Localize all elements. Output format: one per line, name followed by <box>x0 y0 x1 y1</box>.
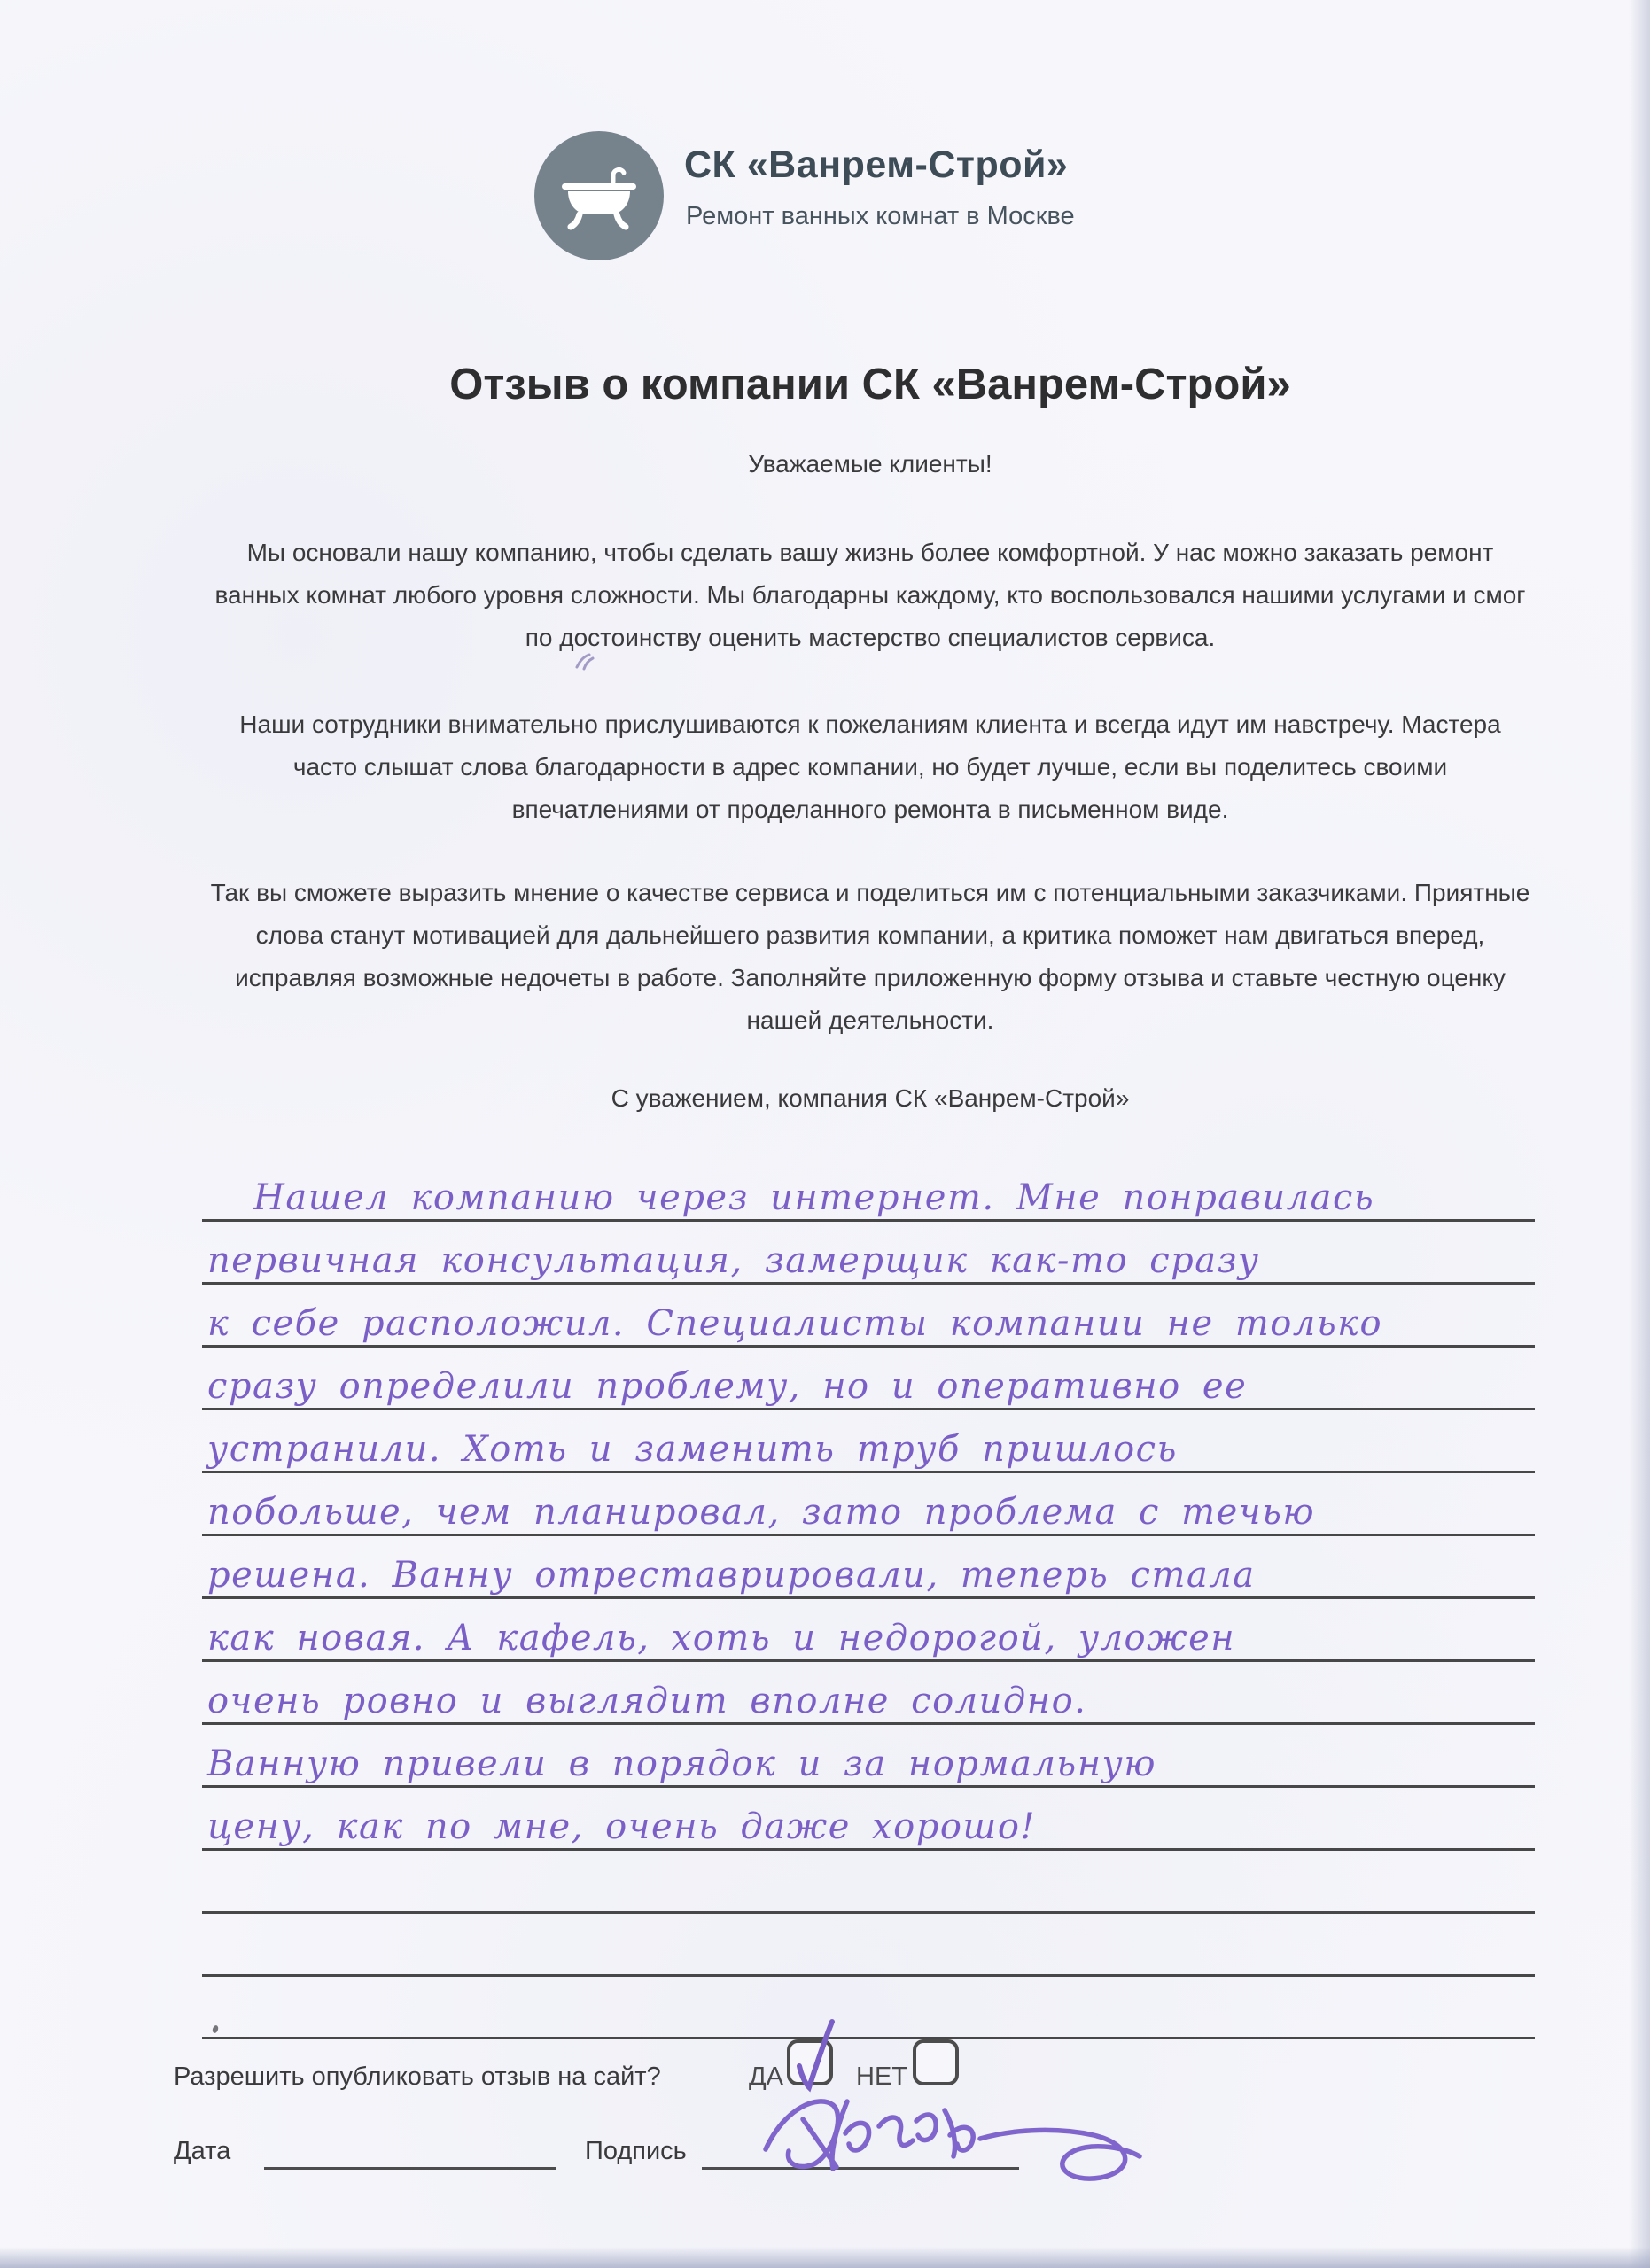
handwriting-line: очень ровно и выглядит вполне солидно. <box>207 1681 1086 1721</box>
paragraph-line: Мы основали нашу компанию, чтобы сделать… <box>204 532 1537 574</box>
paragraph-line: часто слышат слова благодарности в адрес… <box>204 746 1537 788</box>
ruled-line: очень ровно и выглядит вполне солидно. <box>202 1662 1535 1725</box>
company-logo <box>534 131 664 260</box>
handwriting-line: к себе расположил. Специалисты компании … <box>207 1303 1382 1344</box>
ruled-line: цену, как по мне, очень даже хорошо! <box>202 1788 1535 1851</box>
feedback-paragraph: Так вы сможете выразить мнение о качеств… <box>204 872 1537 1042</box>
handwriting-line: Ванную привели в порядок и за нормальную <box>207 1744 1156 1784</box>
ruled-line: как новая. А кафель, хоть и недорогой, у… <box>202 1599 1535 1662</box>
closing-line: С уважением, компания СК «Ванрем-Строй» <box>204 1084 1537 1113</box>
handwriting-line: первичная консультация, замерщик как-то … <box>207 1240 1260 1281</box>
page-title: Отзыв о компании СК «Ванрем-Строй» <box>204 360 1537 409</box>
greeting-line: Уважаемые клиенты! <box>204 450 1537 478</box>
signature-label: Подпись <box>585 2137 687 2166</box>
handwriting-line: сразу определили проблему, но и оператив… <box>207 1366 1247 1407</box>
company-name: СК «Ванрем-Строй» <box>684 144 1068 187</box>
ruled-line-empty[interactable] <box>202 1914 1535 1977</box>
scan-edge-shadow-bottom <box>0 2247 1650 2268</box>
paragraph-line: слова станут мотивацией для дальнейшего … <box>204 914 1537 957</box>
handwriting-line: Нашел компанию через интернет. Мне понра… <box>253 1177 1374 1218</box>
no-checkbox[interactable] <box>913 2039 959 2085</box>
scan-edge-shadow-right <box>1629 0 1650 2268</box>
yes-checkbox[interactable] <box>787 2039 833 2085</box>
paragraph-line: исправляя возможные недочеты в работе. З… <box>204 957 1537 999</box>
ruled-line: Ванную привели в порядок и за нормальную <box>202 1725 1535 1788</box>
ruled-line: к себе расположил. Специалисты компании … <box>202 1285 1535 1348</box>
intro-paragraph: Мы основали нашу компанию, чтобы сделать… <box>204 532 1537 659</box>
date-field[interactable] <box>264 2167 556 2170</box>
ruled-line: устранили. Хоть и заменить труб пришлось <box>202 1410 1535 1473</box>
handwriting-line: как новая. А кафель, хоть и недорогой, у… <box>207 1618 1235 1658</box>
bathtub-icon <box>555 150 643 243</box>
handwriting-line: устранили. Хоть и заменить труб пришлось <box>207 1429 1178 1470</box>
ruled-line: первичная консультация, замерщик как-то … <box>202 1222 1535 1285</box>
company-tagline: Ремонт ванных комнат в Москве <box>686 202 1075 231</box>
paragraph-line: ванных комнат любого уровня сложности. М… <box>204 574 1537 617</box>
paragraph-line: нашей деятельности. <box>204 999 1537 1042</box>
ruled-line: решена. Ванну отреставрировали, теперь с… <box>202 1536 1535 1599</box>
ruled-line-empty[interactable] <box>202 1851 1535 1914</box>
paragraph-line: впечатлениями от проделанного ремонта в … <box>204 788 1537 831</box>
paragraph-line: Так вы сможете выразить мнение о качеств… <box>204 872 1537 914</box>
handwriting-line: решена. Ванну отреставрировали, теперь с… <box>207 1555 1256 1596</box>
signature-handwriting <box>760 2087 1168 2202</box>
publish-consent-question: Разрешить опубликовать отзыв на сайт? <box>174 2062 661 2092</box>
ruled-line: Нашел компанию через интернет. Мне понра… <box>202 1159 1535 1222</box>
ruled-line: сразу определили проблему, но и оператив… <box>202 1348 1535 1410</box>
staff-paragraph: Наши сотрудники внимательно прислушивают… <box>204 703 1537 831</box>
checkmark-icon <box>792 2020 835 2093</box>
pen-mark-artifact <box>572 651 596 677</box>
paragraph-line: по достоинству оценить мастерство специа… <box>204 617 1537 659</box>
scanned-review-form: СК «Ванрем-Строй» Ремонт ванных комнат в… <box>0 0 1650 2268</box>
handwritten-review-area: Нашел компанию через интернет. Мне понра… <box>202 1159 1535 2039</box>
paragraph-line: Наши сотрудники внимательно прислушивают… <box>204 703 1537 746</box>
handwriting-line: побольше, чем планировал, зато проблема … <box>207 1492 1315 1533</box>
ruled-line-empty[interactable] <box>202 1977 1535 2039</box>
ruled-line: побольше, чем планировал, зато проблема … <box>202 1473 1535 1536</box>
handwriting-line: цену, как по мне, очень даже хорошо! <box>207 1806 1036 1847</box>
date-label: Дата <box>174 2137 230 2166</box>
